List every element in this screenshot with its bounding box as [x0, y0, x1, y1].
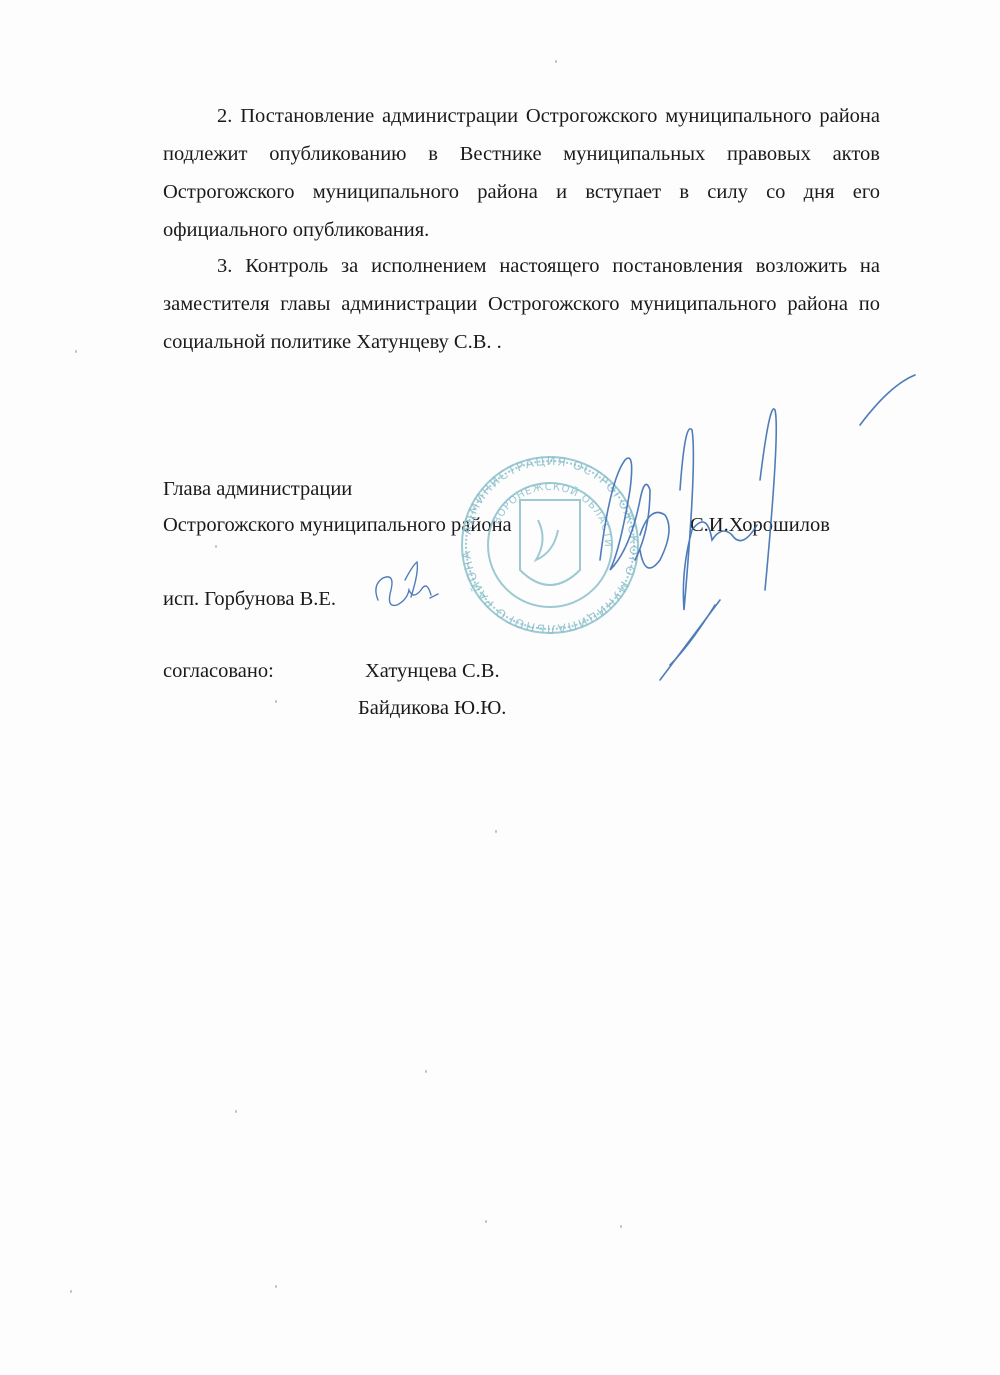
svg-text:АДМИНИСТРАЦИЯ ОСТРОГОЖСКОГО МУ: АДМИНИСТРАЦИЯ ОСТРОГОЖСКОГО МУНИЦИПАЛЬНО… [459, 454, 641, 636]
paragraph-number: 3. [217, 255, 232, 277]
scan-speck [75, 350, 77, 353]
paragraph-text: Контроль за исполнением настоящего поста… [163, 255, 880, 353]
paragraph-number: 2. [217, 105, 232, 127]
scan-speck [495, 830, 497, 833]
scan-speck [555, 60, 557, 63]
scan-speck [235, 1110, 237, 1113]
scan-speck [215, 545, 217, 548]
scan-speck [275, 1285, 277, 1288]
scan-speck [70, 1290, 72, 1293]
paragraph-text: Постановление администрации Острогожског… [163, 105, 880, 241]
agreed-label: согласовано: [163, 660, 274, 683]
signer-title-line-2: Острогожского муниципального района [163, 514, 512, 537]
scan-speck [275, 700, 277, 703]
signer-title-line-1: Глава администрации [163, 478, 352, 501]
scan-speck [620, 1225, 622, 1228]
scan-speck [485, 1220, 487, 1223]
signer-name: С.И.Хорошилов [690, 514, 830, 537]
agreed-name-1: Хатунцева С.В. [365, 660, 500, 683]
document-page: 2. Постановление администрации Острогожс… [0, 0, 1000, 1375]
executor-line: исп. Горбунова В.Е. [163, 588, 336, 611]
scan-speck [425, 1070, 427, 1073]
paragraph-3: 3. Контроль за исполнением настоящего по… [163, 247, 880, 361]
paragraph-2: 2. Постановление администрации Острогожс… [163, 97, 880, 249]
agreed-name-2: Байдикова Ю.Ю. [358, 697, 506, 720]
